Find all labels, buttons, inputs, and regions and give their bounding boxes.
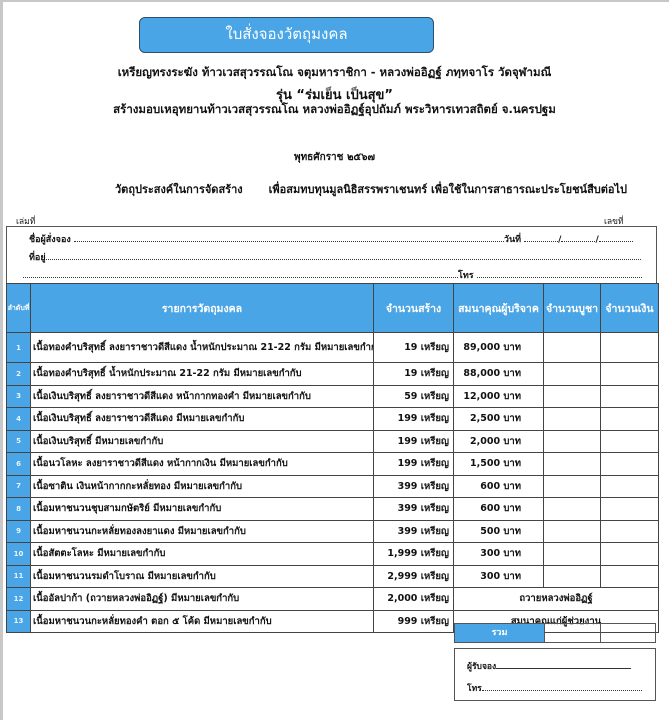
item-name: เนื้อมหาชนวนชุบสามกษัตริย์ มีหมายเลขกำกั… — [31, 498, 374, 521]
table-row: 3เนื้อเงินบริสุทธิ์ ลงยาราชาวดีสีแดง หน้… — [7, 385, 659, 408]
table-row: 9เนื้อมหาชนวนกะหลั่ยทองลงยาแดง มีหมายเลข… — [7, 520, 659, 543]
item-amount-field[interactable] — [601, 520, 659, 543]
item-quantity: 19 เหรียญ — [374, 333, 454, 363]
item-booking-field[interactable] — [544, 543, 601, 566]
item-name: เนื้อเงินบริสุทธิ์ ลงยาราชาวดีสีแดง หน้า… — [31, 385, 374, 408]
table-row: 6เนื้อนวโลหะ ลงยาราชาวดีสีแดง หน้ากากเงิ… — [7, 453, 659, 476]
item-booking-field[interactable] — [544, 430, 601, 453]
row-index: 10 — [7, 543, 31, 566]
row-index: 13 — [7, 610, 31, 633]
total-row: รวม — [454, 623, 656, 643]
item-amount-field[interactable] — [601, 543, 659, 566]
item-booking-field[interactable] — [544, 475, 601, 498]
col-header-item: รายการวัตถุมงคล — [31, 284, 374, 333]
receiver-label: ผู้รับจอง — [467, 662, 496, 672]
item-amount-field[interactable] — [601, 453, 659, 476]
item-amount-field[interactable] — [601, 498, 659, 521]
row-index: 7 — [7, 475, 31, 498]
item-name: เนื้อสัตตะโลหะ มีหมายเลขกำกับ — [31, 543, 374, 566]
item-name: เนื้อมหาชนวนรมดำโบราณ มีหมายเลขกำกับ — [31, 565, 374, 588]
table-row: 7เนื้อซาติน เงินหน้ากากกะหลั่ยทอง มีหมาย… — [7, 475, 659, 498]
item-quantity: 199 เหรียญ — [374, 408, 454, 431]
item-note: ถวายหลวงพ่ออิฏฐ์ — [454, 588, 659, 611]
item-name: เนื้อเงินบริสุทธิ์ ลงยาราชาวดีสีแดง มีหม… — [31, 408, 374, 431]
item-donation-price: 600 บาท — [454, 475, 544, 498]
item-donation-price: 600 บาท — [454, 498, 544, 521]
address-field[interactable] — [46, 251, 641, 260]
item-name: เนื้อมหาชนวนกะหลั่ยทองลงยาแดง มีหมายเลขก… — [31, 520, 374, 543]
item-donation-price: 89,000 บาท — [454, 333, 544, 363]
form-title: ใบสั่งจองวัตถุมงคล — [139, 17, 434, 53]
item-name: เนื้อมหาชนวนกะหลั่ยทองคำ ตอก ๕ โค้ด มีหม… — [31, 610, 374, 633]
orderer-row: ชื่อผู้สั่งจอง วันที่ // — [29, 232, 633, 246]
row-index: 12 — [7, 588, 31, 611]
address-field-line-2[interactable] — [23, 269, 458, 278]
item-booking-field[interactable] — [544, 408, 601, 431]
item-booking-field[interactable] — [544, 520, 601, 543]
orderer-label: ชื่อผู้สั่งจอง — [29, 235, 71, 245]
item-name: เนื้ออัลปาก้า (ถวายหลวงพ่ออิฏฐ์) มีหมายเ… — [31, 588, 374, 611]
row-index: 6 — [7, 453, 31, 476]
row-index: 5 — [7, 430, 31, 453]
phone-label: โทร — [458, 271, 474, 281]
item-quantity: 399 เหรียญ — [374, 475, 454, 498]
item-name: เนื้อซาติน เงินหน้ากากกะหลั่ยทอง มีหมายเ… — [31, 475, 374, 498]
item-donation-price: 300 บาท — [454, 543, 544, 566]
header-line-3: สร้างมอบเหอุทยานท้าวเวสสุวรรณโณ หลวงพ่ออ… — [0, 101, 669, 119]
row-index: 4 — [7, 408, 31, 431]
item-quantity: 399 เหรียญ — [374, 498, 454, 521]
receiver-row: ผู้รับจอง — [467, 659, 631, 673]
col-header-index: ลำดับที่ — [7, 284, 31, 333]
row-index: 11 — [7, 565, 31, 588]
item-donation-price: 500 บาท — [454, 520, 544, 543]
item-donation-price: 2,000 บาท — [454, 430, 544, 453]
item-quantity: 1,999 เหรียญ — [374, 543, 454, 566]
receiver-phone-row: โทร — [467, 681, 642, 695]
item-booking-field[interactable] — [544, 498, 601, 521]
receiver-field[interactable] — [496, 660, 631, 669]
item-quantity: 59 เหรียญ — [374, 385, 454, 408]
item-donation-price: 1,500 บาท — [454, 453, 544, 476]
table-row: 12เนื้ออัลปาก้า (ถวายหลวงพ่ออิฏฐ์) มีหมา… — [7, 588, 659, 611]
item-booking-field[interactable] — [544, 333, 601, 363]
orderer-name-field[interactable] — [74, 233, 504, 242]
item-donation-price: 12,000 บาท — [454, 385, 544, 408]
item-booking-field[interactable] — [544, 453, 601, 476]
item-quantity: 2,000 เหรียญ — [374, 588, 454, 611]
table-row: 8เนื้อมหาชนวนชุบสามกษัตริย์ มีหมายเลขกำก… — [7, 498, 659, 521]
buddhist-year: พุทธศักราช ๒๕๖๗ — [0, 150, 669, 165]
total-label: รวม — [455, 624, 545, 642]
item-name: เนื้อทองคำบริสุทธิ์ ลงยาราชาวดีสีแดง น้ำ… — [31, 333, 374, 363]
item-quantity: 399 เหรียญ — [374, 520, 454, 543]
item-donation-price: 2,500 บาท — [454, 408, 544, 431]
address-row: ที่อยู่ — [29, 250, 641, 264]
col-header-quantity: จำนวนสร้าง — [374, 284, 454, 333]
item-booking-field[interactable] — [544, 385, 601, 408]
item-quantity: 999 เหรียญ — [374, 610, 454, 633]
item-quantity: 19 เหรียญ — [374, 363, 454, 386]
table-header-row: ลำดับที่ รายการวัตถุมงคล จำนวนสร้าง สมนา… — [7, 284, 659, 333]
purpose-label: วัตถุประสงค์ในการจัดสร้าง — [115, 183, 243, 196]
row-index: 9 — [7, 520, 31, 543]
receiver-phone-field[interactable] — [482, 682, 642, 691]
date-month-field[interactable] — [561, 233, 595, 242]
item-name: เนื้อนวโลหะ ลงยาราชาวดีสีแดง หน้ากากเงิน… — [31, 453, 374, 476]
item-quantity: 2,999 เหรียญ — [374, 565, 454, 588]
date-day-field[interactable] — [524, 233, 558, 242]
item-booking-field[interactable] — [544, 565, 601, 588]
col-header-donation: สมนาคุณผู้บริจาค — [454, 284, 544, 333]
table-row: 1เนื้อทองคำบริสุทธิ์ ลงยาราชาวดีสีแดง น้… — [7, 333, 659, 363]
item-quantity: 199 เหรียญ — [374, 453, 454, 476]
row-index: 3 — [7, 385, 31, 408]
row-index: 2 — [7, 363, 31, 386]
item-amount-field[interactable] — [601, 363, 659, 386]
signature-box: ผู้รับจอง โทร — [454, 648, 656, 701]
purpose-text: เพื่อสมทบทุนมูลนิธิสรรพราเชนทร์ เพื่อใช้… — [269, 183, 627, 196]
purpose-statement: วัตถุประสงค์ในการจัดสร้างเพื่อสมทบทุนมูล… — [115, 180, 627, 198]
total-booking-field[interactable] — [545, 624, 601, 642]
table-row: 10เนื้อสัตตะโลหะ มีหมายเลขกำกับ1,999 เหร… — [7, 543, 659, 566]
item-amount-field[interactable] — [601, 565, 659, 588]
address-label: ที่อยู่ — [29, 253, 46, 263]
item-name: เนื้อเงินบริสุทธิ์ มีหมายเลขกำกับ — [31, 430, 374, 453]
orderer-info-box: ชื่อผู้สั่งจอง วันที่ // ที่อยู่ โทร — [6, 226, 657, 284]
items-table: ลำดับที่ รายการวัตถุมงคล จำนวนสร้าง สมนา… — [6, 283, 659, 633]
row-index: 1 — [7, 333, 31, 363]
col-header-amount: จำนวนเงิน — [601, 284, 659, 333]
item-booking-field[interactable] — [544, 363, 601, 386]
table-row: 2เนื้อทองคำบริสุทธิ์ น้ำหนักประมาณ 21-22… — [7, 363, 659, 386]
col-header-booking: จำนวนบูชา — [544, 284, 601, 333]
header-line-1: เหรียญทรงระฆัง ท้าวเวสสุวรรณโณ จตุมหาราช… — [0, 64, 669, 82]
item-donation-price: 300 บาท — [454, 565, 544, 588]
date-label: วันที่ — [504, 235, 521, 245]
item-donation-price: 88,000 บาท — [454, 363, 544, 386]
phone-row: โทร — [23, 268, 642, 282]
item-amount-field[interactable] — [601, 475, 659, 498]
item-amount-field[interactable] — [601, 333, 659, 363]
phone-field[interactable] — [477, 269, 642, 278]
total-amount-field[interactable] — [601, 624, 655, 642]
item-amount-field[interactable] — [601, 408, 659, 431]
receiver-phone-label: โทร — [467, 684, 482, 694]
item-amount-field[interactable] — [601, 385, 659, 408]
row-index: 8 — [7, 498, 31, 521]
table-row: 5เนื้อเงินบริสุทธิ์ มีหมายเลขกำกับ199 เห… — [7, 430, 659, 453]
item-name: เนื้อทองคำบริสุทธิ์ น้ำหนักประมาณ 21-22 … — [31, 363, 374, 386]
item-amount-field[interactable] — [601, 430, 659, 453]
item-quantity: 199 เหรียญ — [374, 430, 454, 453]
table-row: 11เนื้อมหาชนวนรมดำโบราณ มีหมายเลขกำกับ2,… — [7, 565, 659, 588]
table-row: 4เนื้อเงินบริสุทธิ์ ลงยาราชาวดีสีแดง มีห… — [7, 408, 659, 431]
date-year-field[interactable] — [599, 233, 633, 242]
